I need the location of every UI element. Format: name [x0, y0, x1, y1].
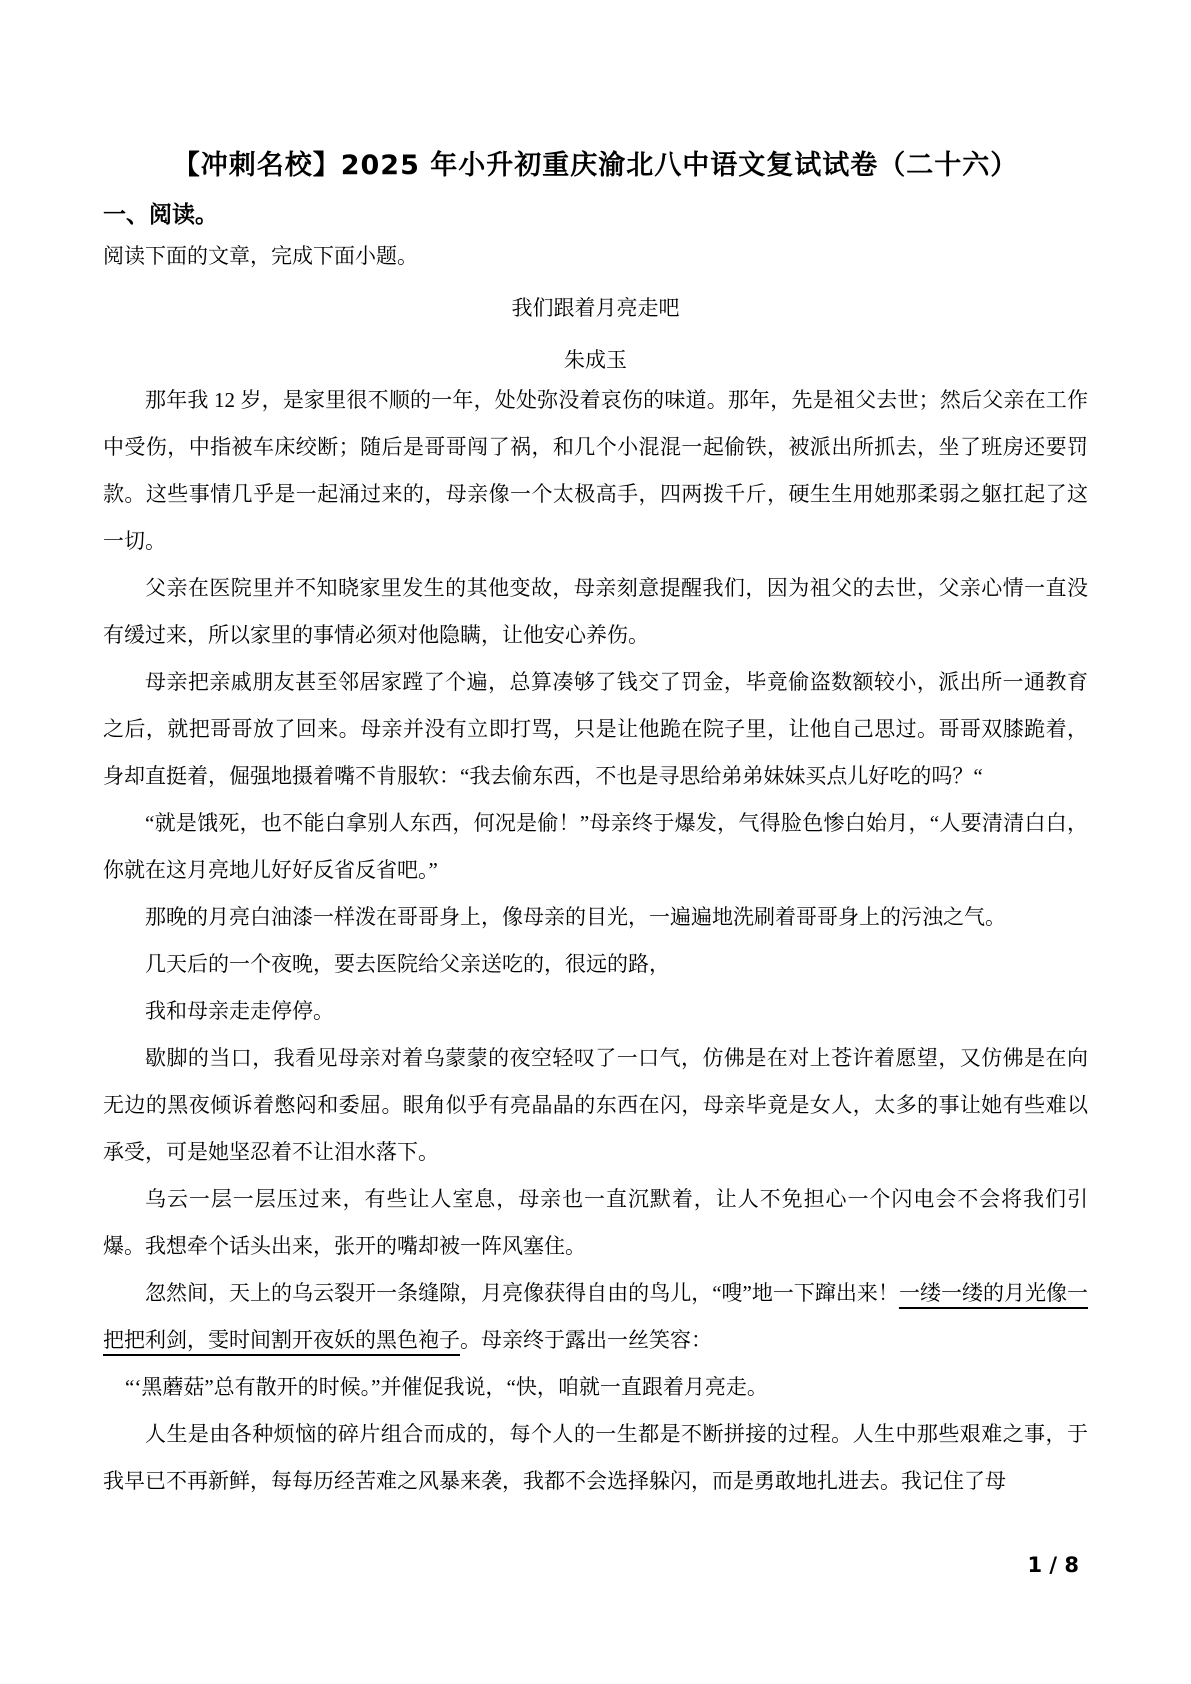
page-content: 【冲刺名校】2025 年小升初重庆渝北八中语文复试试卷（二十六） 一、阅读。 阅…	[103, 0, 1088, 1505]
essay-title: 我们跟着月亮走吧	[103, 294, 1088, 322]
document-title: 【冲刺名校】2025 年小升初重庆渝北八中语文复试试卷（二十六）	[103, 0, 1088, 184]
reading-instruction: 阅读下面的文章，完成下面小题。	[103, 242, 1088, 270]
text-segment: 母亲把亲戚朋友甚至邻居家蹚了个遍，总算凑够了钱交了罚金，毕竟偷盗数额较小，派出所…	[103, 670, 1088, 788]
page-number: 1 / 8	[1027, 1552, 1079, 1578]
text-segment: “‘黑蘑菇”总有散开的时候。”并催促我说，“快，咱就一直跟着月亮走。	[125, 1375, 768, 1399]
text-segment: 那晚的月亮白油漆一样泼在哥哥身上，像母亲的目光，一遍遍地洗刷着哥哥身上的污浊之气…	[145, 905, 1006, 929]
essay-paragraph: 人生是由各种烦恼的碎片组合而成的，每个人的一生都是不断拼接的过程。人生中那些艰难…	[103, 1411, 1088, 1505]
essay-paragraph: 父亲在医院里并不知晓家里发生的其他变故，母亲刻意提醒我们，因为祖父的去世，父亲心…	[103, 565, 1088, 659]
text-segment: 父亲在医院里并不知晓家里发生的其他变故，母亲刻意提醒我们，因为祖父的去世，父亲心…	[103, 576, 1088, 647]
section-heading: 一、阅读。	[103, 200, 1088, 230]
essay-paragraph: 忽然间，天上的乌云裂开一条缝隙，月亮像获得自由的鸟儿，“嗖”地一下蹿出来！一缕一…	[103, 1270, 1088, 1364]
essay-paragraph: 那晚的月亮白油漆一样泼在哥哥身上，像母亲的目光，一遍遍地洗刷着哥哥身上的污浊之气…	[103, 894, 1088, 941]
essay-paragraph: 乌云一层一层压过来，有些让人室息，母亲也一直沉默着，让人不免担心一个闪电会不会将…	[103, 1176, 1088, 1270]
essay-author: 朱成玉	[103, 346, 1088, 374]
text-segment: 几天后的一个夜晚，要去医院给父亲送吃的，很远的路，	[145, 952, 670, 976]
essay-paragraph: “就是饿死，也不能白拿别人东西，何况是偷！”母亲终于爆发，气得脸色惨白始月，“人…	[103, 800, 1088, 894]
text-segment: 歇脚的当口，我看见母亲对着乌蒙蒙的夜空轻叹了一口气，仿佛是在对上苍许着愿望，又仿…	[103, 1046, 1088, 1164]
text-segment: “就是饿死，也不能白拿别人东西，何况是偷！”母亲终于爆发，气得脸色惨白始月，“人…	[103, 811, 1088, 882]
text-segment: 。母亲终于露出一丝笑容：	[460, 1328, 712, 1352]
exam-paper-page: 【冲刺名校】2025 年小升初重庆渝北八中语文复试试卷（二十六） 一、阅读。 阅…	[0, 0, 1191, 1684]
essay-paragraph: “‘黑蘑菇”总有散开的时候。”并催促我说，“快，咱就一直跟着月亮走。	[103, 1364, 1088, 1411]
essay-body: 那年我 12 岁，是家里很不顺的一年，处处弥没着哀伤的味道。那年，先是祖父去世；…	[103, 377, 1088, 1505]
essay-paragraph: 歇脚的当口，我看见母亲对着乌蒙蒙的夜空轻叹了一口气，仿佛是在对上苍许着愿望，又仿…	[103, 1035, 1088, 1176]
essay-paragraph: 母亲把亲戚朋友甚至邻居家蹚了个遍，总算凑够了钱交了罚金，毕竟偷盗数额较小，派出所…	[103, 659, 1088, 800]
text-segment: 我和母亲走走停停。	[145, 999, 334, 1023]
essay-paragraph: 几天后的一个夜晚，要去医院给父亲送吃的，很远的路，	[103, 941, 1088, 988]
essay-paragraph: 我和母亲走走停停。	[103, 988, 1088, 1035]
text-segment: 乌云一层一层压过来，有些让人室息，母亲也一直沉默着，让人不免担心一个闪电会不会将…	[103, 1187, 1088, 1258]
essay-paragraph: 那年我 12 岁，是家里很不顺的一年，处处弥没着哀伤的味道。那年，先是祖父去世；…	[103, 377, 1088, 565]
text-segment: 忽然间，天上的乌云裂开一条缝隙，月亮像获得自由的鸟儿，“嗖”地一下蹿出来！	[145, 1281, 899, 1305]
text-segment: 那年我 12 岁，是家里很不顺的一年，处处弥没着哀伤的味道。那年，先是祖父去世；…	[103, 388, 1088, 553]
text-segment: 人生是由各种烦恼的碎片组合而成的，每个人的一生都是不断拼接的过程。人生中那些艰难…	[103, 1422, 1088, 1493]
